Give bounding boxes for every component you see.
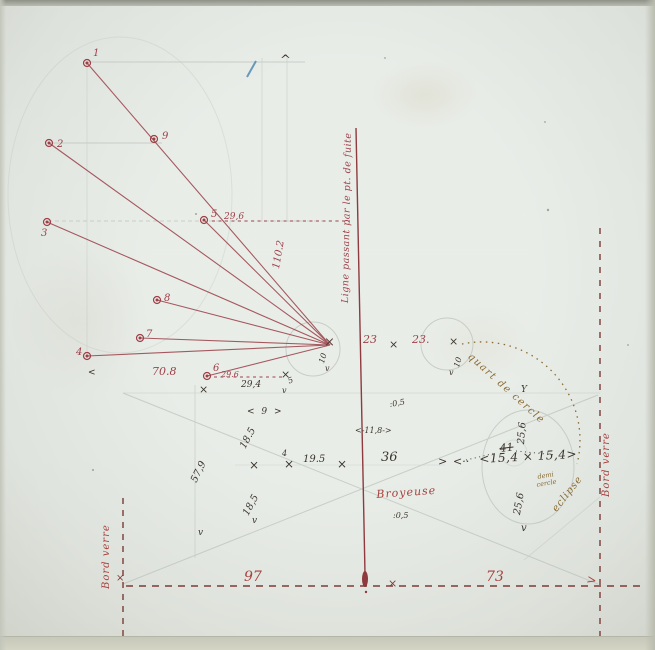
x-mark: ×	[284, 458, 294, 470]
point-5-circle	[201, 217, 208, 224]
pencil-ghost-circle	[8, 37, 232, 353]
ray-to-point-3	[47, 222, 330, 345]
check-mark: v	[449, 369, 454, 377]
photo-edge-right	[645, 0, 655, 650]
point-2-label: 2	[57, 140, 63, 150]
paper-specks	[92, 57, 629, 471]
check-mark: v	[282, 387, 287, 395]
measure-23-a: 23	[363, 334, 377, 345]
ink-dot	[365, 591, 367, 593]
y-mark: Y	[521, 386, 527, 395]
sketch-lines-layer	[0, 0, 655, 650]
x-mark: ×	[449, 336, 458, 347]
ink-blob	[362, 571, 368, 587]
check-mark: v	[325, 365, 330, 373]
point-3-circle	[44, 219, 51, 226]
point-7-label: 7	[146, 330, 152, 340]
measure-29-6-top: 29,6	[224, 213, 244, 222]
x-mark-bottom-left: ×	[116, 574, 124, 584]
photo-edge-top	[0, 0, 655, 6]
measure-9: < 9 >	[247, 408, 284, 417]
x-mark: ×	[249, 459, 259, 471]
point-8-circle	[154, 297, 161, 304]
lt-dots-mark: <··	[453, 456, 469, 467]
point-8-label: 8	[164, 294, 170, 304]
measure-19-5: 19.5	[303, 455, 325, 465]
measure-23-b: 23.	[412, 334, 430, 345]
scanned-sketch-page: 1 2 3 4 5 6 7 8 9 29,6 110.2 70.8 29.6 2…	[0, 0, 655, 650]
lt-mark: <	[88, 369, 96, 378]
vanishing-point-x: ×	[324, 336, 335, 349]
central-vertical-line	[356, 128, 365, 574]
measure-70-8: 70.8	[152, 366, 177, 377]
point-6-circle	[204, 373, 211, 380]
ray-to-point-1	[87, 63, 330, 345]
ray-to-point-8	[157, 300, 330, 345]
circled-points	[44, 60, 211, 380]
bord-verre-right-label: Bord verre	[602, 432, 612, 497]
point-9-label: 9	[162, 132, 168, 142]
ray-to-point-7	[140, 338, 330, 345]
gt-mark: >	[438, 456, 447, 467]
measure-25-6-top: 25,6	[517, 422, 529, 445]
x-mark: ×	[389, 339, 398, 350]
bord-verre-left-label: Bord verre	[102, 524, 112, 589]
measure-36: 36	[381, 451, 398, 464]
measure-29-4: 29,4	[241, 381, 261, 390]
point-5-label: 5	[211, 210, 217, 220]
point-1-label: 1	[93, 49, 99, 59]
point-4-label: 4	[76, 348, 82, 358]
check-mark: v	[198, 529, 203, 538]
measure-97: 97	[244, 570, 262, 584]
photo-edge-bottom	[0, 636, 655, 650]
measure-0-5-bottom: :0,5	[393, 512, 408, 520]
x-mark: ×	[199, 384, 208, 395]
measure-11-8: <-11,8->	[355, 427, 392, 435]
ray-to-point-5	[204, 220, 330, 345]
point-3-label: 3	[41, 229, 47, 239]
caret-mark: ^	[280, 54, 291, 67]
point-6-label: 6	[213, 364, 219, 374]
ray-to-point-2	[49, 143, 330, 345]
check-mark: v	[252, 517, 257, 526]
photo-edge-left	[0, 0, 6, 650]
x-mark-bottom-mid: ×	[388, 578, 397, 589]
x-mark: ×	[337, 458, 347, 470]
check-mark: v	[521, 524, 527, 534]
measure-73: 73	[486, 570, 504, 584]
measure-29-6-low: 29.6	[221, 371, 239, 379]
blue-stroke	[247, 61, 256, 77]
